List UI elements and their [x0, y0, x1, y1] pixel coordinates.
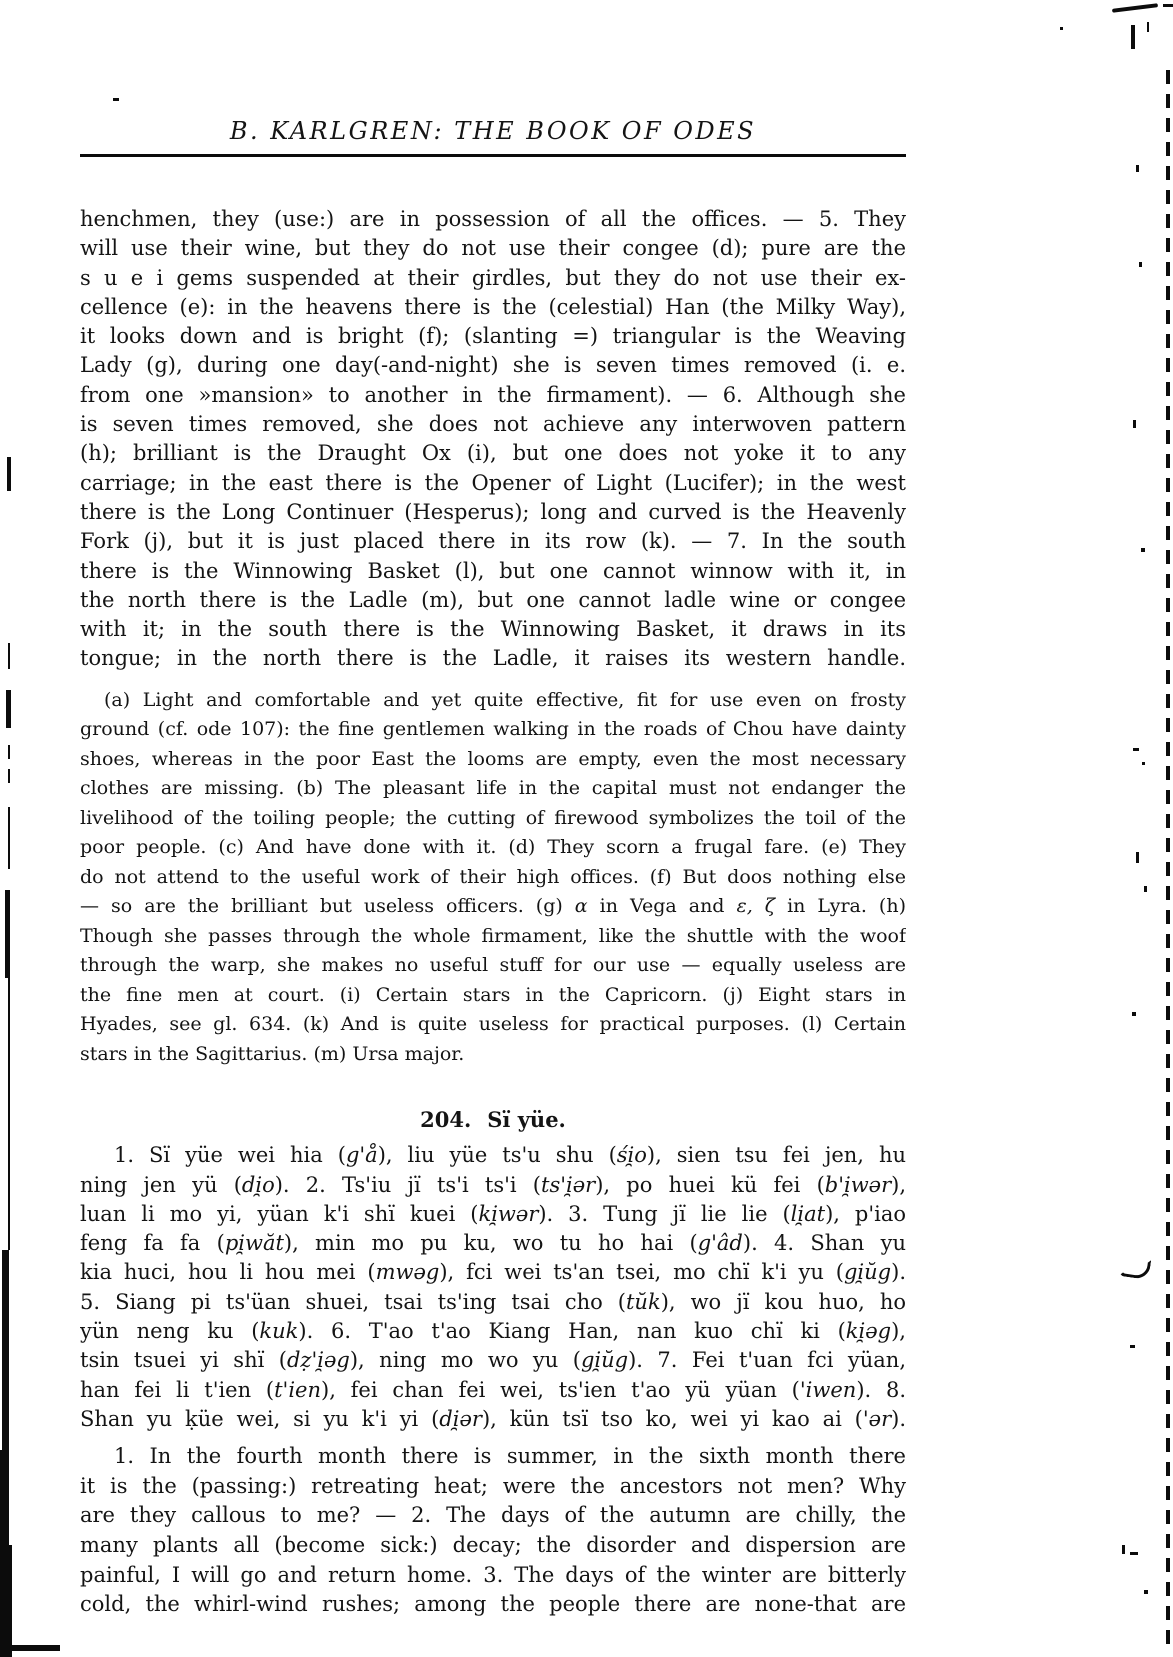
scan-artifact-speck [1144, 886, 1147, 892]
text-run: shoes, whereas in the poor East the loom… [80, 748, 906, 770]
scan-artifact-right-edge-line [1166, 70, 1170, 1650]
text-line: han fei li t'ien (t'ien), fei chan fei w… [80, 1376, 906, 1405]
text-run: ning jen yü ( [80, 1173, 242, 1197]
text-line: tongue; in the north there is the Ladle,… [80, 644, 906, 673]
text-run: ), fei chan fei wei, ts'ien t'ao yü yüan… [321, 1378, 800, 1402]
text-run: ), p'iao [825, 1202, 906, 1226]
text-run: is seven times removed, she does not ach… [80, 412, 906, 436]
scan-artifact-left-seg [8, 643, 10, 669]
text-run: ground (cf. ode 107): the fine gentlemen… [80, 718, 906, 740]
text-run: there is the Long Continuer (Hesperus); … [80, 500, 906, 524]
scan-artifact-speck [1136, 852, 1139, 863]
text-line: is seven times removed, she does not ach… [80, 410, 906, 439]
text-line: s u e i gems suspended at their girdles,… [80, 264, 906, 293]
text-line: 1. In the fourth month there is summer, … [80, 1442, 906, 1472]
text-run: kia huci, hou li hou mei ( [80, 1260, 376, 1284]
text-column: B. KARLGREN: THE BOOK OF ODES henchmen, … [80, 0, 906, 1620]
footnotes-paragraph: (a) Light and comfortable and yet quite … [80, 686, 906, 1070]
text-line: stars in the Sagittarius. (m) Ursa major… [80, 1040, 906, 1070]
text-run: luan li mo yi, yüan k'i shï kuei ( [80, 1202, 478, 1226]
text-line: (a) Light and comfortable and yet quite … [80, 686, 906, 716]
scan-artifact-left-seg [5, 890, 10, 978]
scan-artifact-left-bar [0, 1450, 9, 1550]
text-run: Fork (j), but it is just placed there in… [80, 529, 906, 553]
text-line: 5. Siang pi ts'üan shuei, tsai ts'ing ts… [80, 1288, 906, 1317]
text-run: clothes are missing. (b) The pleasant li… [80, 777, 906, 799]
text-line: 1. Sï yüe wei hia (g'å), liu yüe ts'u sh… [80, 1141, 906, 1170]
text-run: stars in the Sagittarius. (m) Ursa major… [80, 1043, 464, 1065]
phonetic-italic: α [575, 895, 588, 917]
phonetic-italic: gi̯ŭg [581, 1348, 628, 1372]
text-run: cellence (e): in the heavens there is th… [80, 295, 906, 319]
text-run: 5. Siang pi ts'üan shuei, tsai ts'ing ts… [80, 1290, 626, 1314]
scan-artifact-speck [1136, 165, 1139, 172]
text-run: livelihood of the toiling people; the cu… [80, 807, 906, 829]
scan-artifact-left-bar [0, 1545, 12, 1657]
text-run: the fine men at court. (i) Certain stars… [80, 984, 906, 1006]
text-run: the north there is the Ladle (m), but on… [80, 588, 906, 612]
scan-artifact-speck [1132, 1012, 1136, 1016]
text-run: (a) Light and comfortable and yet quite … [104, 689, 906, 711]
scan-artifact-speck [1144, 1590, 1148, 1594]
text-run: there is the Winnowing Basket (l), but o… [80, 559, 906, 583]
text-line: kia huci, hou li hou mei (mwəg), fci wei… [80, 1258, 906, 1287]
scan-artifact-left-dashes [8, 745, 10, 785]
text-line: will use their wine, but they do not use… [80, 234, 906, 263]
text-line: luan li mo yi, yüan k'i shï kuei (ki̯wər… [80, 1200, 906, 1229]
text-run: cold, the whirl-wind rushes; among the p… [80, 1592, 906, 1616]
ode-203-translation-paragraph: henchmen, they (use:) are in possession … [80, 205, 906, 674]
text-line: shoes, whereas in the poor East the loom… [80, 745, 906, 775]
text-line: it looks down and is bright (f); (slanti… [80, 322, 906, 351]
text-line: the fine men at court. (i) Certain stars… [80, 981, 906, 1011]
header-rule [80, 154, 906, 157]
text-line: Fork (j), but it is just placed there in… [80, 527, 906, 556]
text-run: carriage; in the east there is the Opene… [80, 471, 906, 495]
text-run: ), min mo pu ku, wo tu ho hai ( [284, 1231, 698, 1255]
text-line: there is the Winnowing Basket (l), but o… [80, 557, 906, 586]
phonetic-italic: śi̯o [617, 1143, 647, 1167]
text-line: cold, the whirl-wind rushes; among the p… [80, 1590, 906, 1620]
text-run: in Vega and [588, 895, 737, 917]
phonetic-italic: g'âd [698, 1231, 743, 1255]
phonetic-italic: ki̯wər [478, 1202, 538, 1226]
phonetic-italic: dẓ'i̯əg [287, 1348, 350, 1372]
text-line: poor people. (c) And have done with it. … [80, 833, 906, 863]
text-run: poor people. (c) And have done with it. … [80, 836, 906, 858]
phonetic-italic: tŭk [626, 1290, 661, 1314]
scan-artifact-left-seg [6, 690, 11, 728]
scan-artifact-top-dash [1163, 4, 1173, 7]
text-run: ), sien tsu fei jen, hu [647, 1143, 906, 1167]
ode-204-heading: 204.Sï yüe. [80, 1107, 906, 1133]
text-run: ), [891, 1319, 906, 1343]
text-line: Though she passes through the whole firm… [80, 922, 906, 952]
scan-artifact-top-tick [1131, 25, 1135, 49]
text-run: ). [891, 1260, 906, 1284]
text-line: Shan yu ḳüe wei, si yu k'i yi (di̯ər), k… [80, 1405, 906, 1434]
text-line: ning jen yü (di̯o). 2. Ts'iu jï ts'i ts'… [80, 1171, 906, 1200]
phonetic-italic: pi̯wăt [225, 1231, 284, 1255]
text-run: Hyades, see gl. 634. (k) And is quite us… [80, 1013, 906, 1035]
phonetic-italic: g'å [346, 1143, 378, 1167]
text-run: ). 2. Ts'iu jï ts'i ts'i ( [275, 1173, 541, 1197]
text-run: 1. Sï yüe wei hia ( [114, 1143, 346, 1167]
text-line: through the warp, she makes no useful st… [80, 951, 906, 981]
text-run: 1. In the fourth month there is summer, … [114, 1444, 906, 1468]
scanned-page: B. KARLGREN: THE BOOK OF ODES henchmen, … [0, 0, 1173, 1657]
phonetic-italic: t'ien [274, 1378, 321, 1402]
scan-artifact-speck [1141, 548, 1145, 552]
text-line: with it; in the south there is the Winno… [80, 615, 906, 644]
scan-artifact-speck [1133, 420, 1136, 428]
phonetic-italic: b'i̯wər [825, 1173, 891, 1197]
scan-artifact-left-thin-line [8, 978, 10, 1250]
scan-artifact-left-seg [8, 807, 10, 869]
running-header-text: B. KARLGREN: THE BOOK OF ODES [230, 117, 756, 145]
text-run: ). 4. Shan yu [743, 1231, 906, 1255]
text-run: (h); brilliant is the Draught Ox (i), bu… [80, 441, 906, 465]
text-run: it is the (passing:) retreating heat; we… [80, 1474, 906, 1498]
text-line: carriage; in the east there is the Opene… [80, 469, 906, 498]
phonetic-italic: 'iwen [800, 1378, 856, 1402]
text-run: ), ning mo wo yu ( [350, 1348, 581, 1372]
phonetic-italic: di̯o [242, 1173, 275, 1197]
text-line: from one »mansion» to another in the fir… [80, 381, 906, 410]
text-run: ). 8. [856, 1378, 906, 1402]
ode-204-transliteration-paragraph: 1. Sï yüe wei hia (g'å), liu yüe ts'u sh… [80, 1141, 906, 1434]
text-run: henchmen, they (use:) are in possession … [80, 207, 906, 231]
text-run: it looks down and is bright (f); (slanti… [80, 324, 906, 348]
text-line: tsin tsuei yi shï (dẓ'i̯əg), ning mo wo … [80, 1346, 906, 1375]
text-run: ). 7. Fei t'uan fci yüan, [628, 1348, 906, 1372]
scan-artifact-speck [1130, 1345, 1135, 1348]
scan-artifact-left-seg [7, 457, 11, 491]
ode-204-translation-paragraph: 1. In the fourth month there is summer, … [80, 1442, 906, 1620]
text-run: from one »mansion» to another in the fir… [80, 383, 906, 407]
phonetic-italic: kuk [259, 1319, 298, 1343]
text-run: in Lyra. (h) [775, 895, 906, 917]
scan-artifact-speck [1130, 1552, 1138, 1555]
text-run: will use their wine, but they do not use… [80, 236, 906, 260]
text-run: han fei li t'ien ( [80, 1378, 274, 1402]
text-line: are they callous to me? — 2. The days of… [80, 1501, 906, 1531]
text-run: Shan yu ḳüe wei, si yu k'i yi ( [80, 1407, 439, 1431]
text-run: ), [891, 1173, 906, 1197]
text-line: the north there is the Ladle (m), but on… [80, 586, 906, 615]
text-run: ), kün tsï tso ko, wei yi kao ai ( [482, 1407, 863, 1431]
text-run: ), liu yüe ts'u shu ( [378, 1143, 617, 1167]
scan-artifact-top-squiggle [1112, 3, 1158, 13]
text-run: yün neng ku ( [80, 1319, 259, 1343]
phonetic-italic: 'ər [863, 1407, 891, 1431]
text-line: yün neng ku (kuk). 6. T'ao t'ao Kiang Ha… [80, 1317, 906, 1346]
text-run: Lady (g), during one day(-and-night) she… [80, 353, 906, 377]
phonetic-italic: di̯ər [439, 1407, 482, 1431]
scan-artifact-top-tick-small [1147, 22, 1149, 32]
text-line: do not attend to the useful work of thei… [80, 863, 906, 893]
running-header: B. KARLGREN: THE BOOK OF ODES [80, 116, 906, 146]
text-line: Lady (g), during one day(-and-night) she… [80, 351, 906, 380]
phonetic-italic: ts'i̯ər [541, 1173, 595, 1197]
scan-artifact-dot [113, 98, 119, 101]
scan-artifact-left-foot [8, 1645, 60, 1651]
text-run: are they callous to me? — 2. The days of… [80, 1503, 906, 1527]
scan-artifact-left-bar [2, 1250, 9, 1460]
ode-number: 204. [420, 1107, 471, 1132]
text-run: do not attend to the useful work of thei… [80, 866, 906, 888]
text-run: ). 6. T'ao t'ao Kiang Han, nan kuo chï k… [298, 1319, 845, 1343]
text-run: ), fci wei ts'an tsei, mo chï k'i yu ( [439, 1260, 844, 1284]
text-run: with it; in the south there is the Winno… [80, 617, 906, 641]
phonetic-italic: gi̯ŭg [844, 1260, 891, 1284]
scan-artifact-speck [1133, 748, 1139, 751]
text-line: cellence (e): in the heavens there is th… [80, 293, 906, 322]
text-line: livelihood of the toiling people; the cu… [80, 804, 906, 834]
phonetic-italic: ε, ζ [737, 895, 776, 917]
text-line: it is the (passing:) retreating heat; we… [80, 1472, 906, 1502]
text-line: many plants all (become sick:) decay; th… [80, 1531, 906, 1561]
text-line: feng fa fa (pi̯wăt), min mo pu ku, wo tu… [80, 1229, 906, 1258]
ode-title: Sï yüe. [487, 1107, 566, 1132]
text-line: Hyades, see gl. 634. (k) And is quite us… [80, 1010, 906, 1040]
text-run: s u e i gems suspended at their girdles,… [80, 266, 906, 290]
phonetic-italic: li̯at [791, 1202, 825, 1226]
text-line: (h); brilliant is the Draught Ox (i), bu… [80, 439, 906, 468]
scan-artifact-dot [1060, 27, 1063, 30]
text-line: — so are the brilliant but useless offic… [80, 892, 906, 922]
text-line: ground (cf. ode 107): the fine gentlemen… [80, 715, 906, 745]
text-run: many plants all (become sick:) decay; th… [80, 1533, 906, 1557]
text-run: tsin tsuei yi shï ( [80, 1348, 287, 1372]
text-run: feng fa fa ( [80, 1231, 225, 1255]
text-line: clothes are missing. (b) The pleasant li… [80, 774, 906, 804]
text-line: painful, I will go and return home. 3. T… [80, 1561, 906, 1591]
text-run: ), wo jï kou huo, ho [661, 1290, 906, 1314]
text-run: ). [891, 1407, 906, 1431]
phonetic-italic: mwəg [376, 1260, 440, 1284]
text-line: henchmen, they (use:) are in possession … [80, 205, 906, 234]
text-run: through the warp, she makes no useful st… [80, 954, 906, 976]
scan-artifact-speck [1142, 762, 1145, 765]
text-run: painful, I will go and return home. 3. T… [80, 1563, 906, 1587]
scan-artifact-speck [1139, 262, 1142, 267]
phonetic-italic: ki̯əg [846, 1319, 891, 1343]
text-run: — so are the brilliant but useless offic… [80, 895, 575, 917]
text-run: ). 3. Tung jï lie lie ( [538, 1202, 790, 1226]
text-run: tongue; in the north there is the Ladle,… [80, 646, 906, 670]
text-run: Though she passes through the whole firm… [80, 925, 906, 947]
text-run: ), po huei kü fei ( [595, 1173, 825, 1197]
scan-artifact-speck [1122, 1545, 1125, 1554]
scan-artifact-curl [1119, 1256, 1151, 1280]
text-line: there is the Long Continuer (Hesperus); … [80, 498, 906, 527]
